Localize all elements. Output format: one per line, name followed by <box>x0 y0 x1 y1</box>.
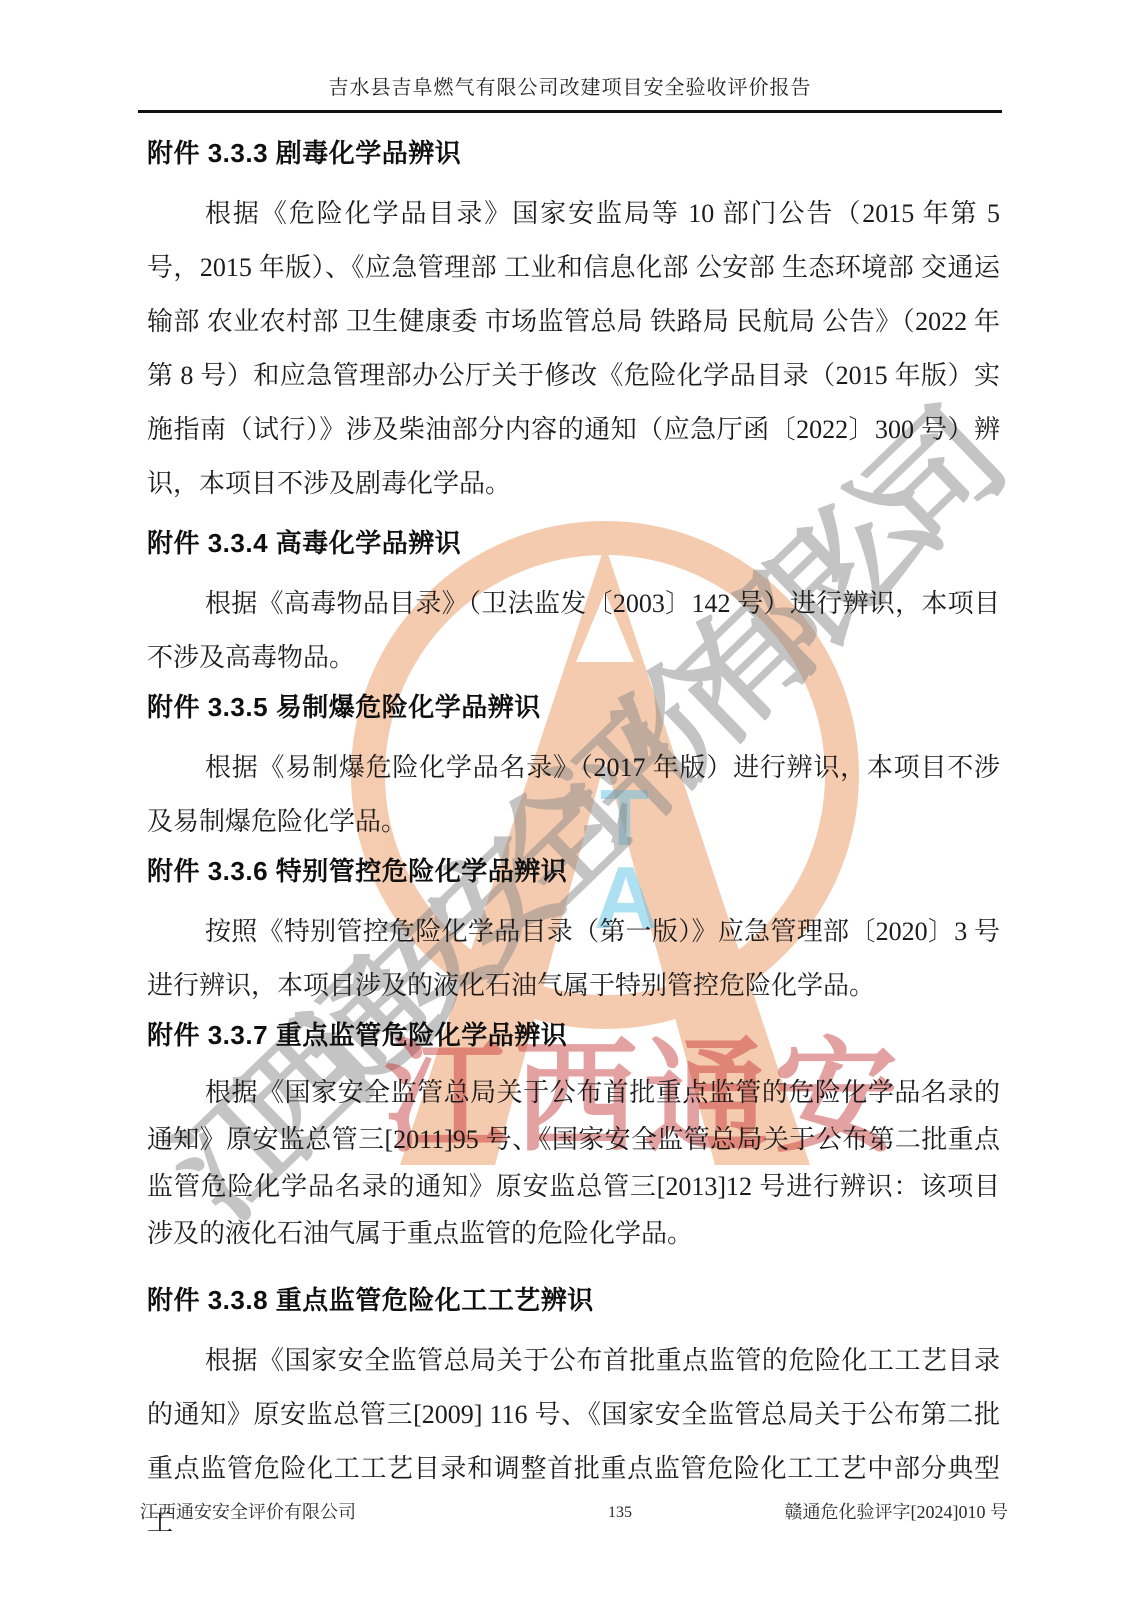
section-3-3-3: 附件 3.3.3 剧毒化学品辨识 根据《危险化学品目录》国家安监局等 10 部门… <box>147 135 1000 511</box>
section-heading: 附件 3.3.4 高毒化学品辨识 <box>147 525 1000 561</box>
section-paragraph: 按照《特别管控危险化学品目录（第一版）》应急管理部〔2020〕3 号进行辨识，本… <box>147 905 1000 1013</box>
section-heading: 附件 3.3.5 易制爆危险化学品辨识 <box>147 689 1000 725</box>
section-paragraph: 根据《高毒物品目录》（卫法监发〔2003〕142 号）进行辨识，本项目不涉及高毒… <box>147 577 1000 685</box>
section-heading: 附件 3.3.3 剧毒化学品辨识 <box>147 135 1000 171</box>
section-heading: 附件 3.3.8 重点监管危险化工工艺辨识 <box>147 1282 1000 1318</box>
footer-company: 江西通安安全评价有限公司 <box>140 1498 356 1526</box>
section-3-3-7: 附件 3.3.7 重点监管危险化学品辨识 根据《国家安全监管总局关于公布首批重点… <box>147 1017 1000 1257</box>
section-heading: 附件 3.3.7 重点监管危险化学品辨识 <box>147 1017 1000 1053</box>
page-footer: 江西通安安全评价有限公司 135 赣通危化验评字[2024]010 号 <box>140 1498 1008 1528</box>
section-heading: 附件 3.3.6 特别管控危险化学品辨识 <box>147 853 1000 889</box>
document-page: T A 江西通安安全评价有限公司 江西通安 吉水县吉阜燃气有限公司改建项目安全验… <box>0 0 1131 1600</box>
section-paragraph: 根据《易制爆危险化学品名录》（2017 年版）进行辨识，本项目不涉及易制爆危险化… <box>147 741 1000 849</box>
footer-page-number: 135 <box>560 1499 680 1527</box>
footer-doc-number: 赣通危化验评字[2024]010 号 <box>785 1498 1009 1526</box>
section-paragraph: 根据《国家安全监管总局关于公布首批重点监管的危险化学品名录的通知》原安监总管三[… <box>147 1069 1000 1257</box>
section-3-3-5: 附件 3.3.5 易制爆危险化学品辨识 根据《易制爆危险化学品名录》（2017 … <box>147 689 1000 849</box>
section-paragraph: 根据《危险化学品目录》国家安监局等 10 部门公告（2015 年第 5 号，20… <box>147 187 1000 511</box>
header-rule <box>138 110 1002 113</box>
page-header-title: 吉水县吉阜燃气有限公司改建项目安全验收评价报告 <box>138 74 1002 102</box>
section-3-3-4: 附件 3.3.4 高毒化学品辨识 根据《高毒物品目录》（卫法监发〔2003〕14… <box>147 525 1000 685</box>
section-3-3-6: 附件 3.3.6 特别管控危险化学品辨识 按照《特别管控危险化学品目录（第一版）… <box>147 853 1000 1013</box>
